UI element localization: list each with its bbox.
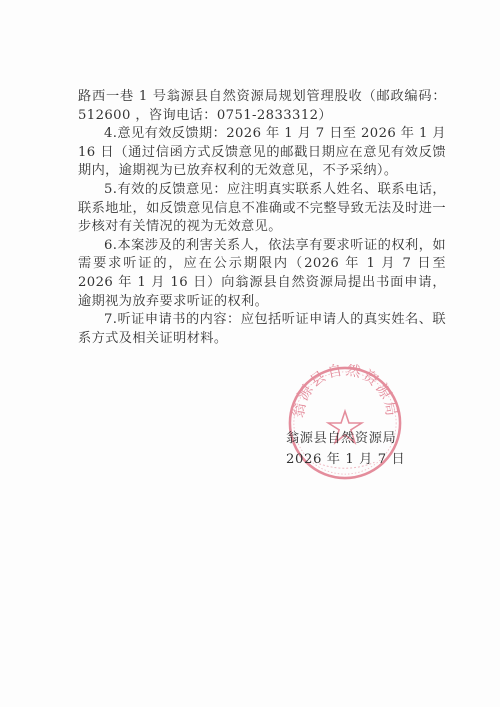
paragraph-item-6-hearing-rights: 6.本案涉及的利害关系人，依法享有要求听证的权利，如需要求听证的，应在公示期限内…: [78, 237, 446, 311]
signature-organization: 翁源县自然资源局: [286, 429, 405, 448]
document-body: 路西一巷 1 号翁源县自然资源局规划管理股收（邮政编码：512600 ，咨询电话…: [78, 88, 446, 348]
document-page: 路西一巷 1 号翁源县自然资源局规划管理股收（邮政编码：512600 ，咨询电话…: [0, 0, 500, 707]
paragraph-item-5-valid-feedback: 5.有效的反馈意见：应注明真实联系人姓名、联系电话，联系地址，如反馈意见信息不准…: [78, 181, 446, 237]
signature-date: 2026 年 1 月 7 日: [286, 450, 405, 469]
paragraph-item-7-hearing-application: 7.听证申请书的内容：应包括听证申请人的真实姓名、联系方式及相关证明材料。: [78, 311, 446, 348]
signature-block: 翁源县自然资源局 2026 年 1 月 7 日: [286, 429, 405, 469]
paragraph-item-4-feedback-period: 4.意见有效反馈期：2026 年 1 月 7 日至 2026 年 1 月 16 …: [78, 125, 446, 181]
paragraph-address-continuation: 路西一巷 1 号翁源县自然资源局规划管理股收（邮政编码：512600 ，咨询电话…: [78, 88, 446, 125]
